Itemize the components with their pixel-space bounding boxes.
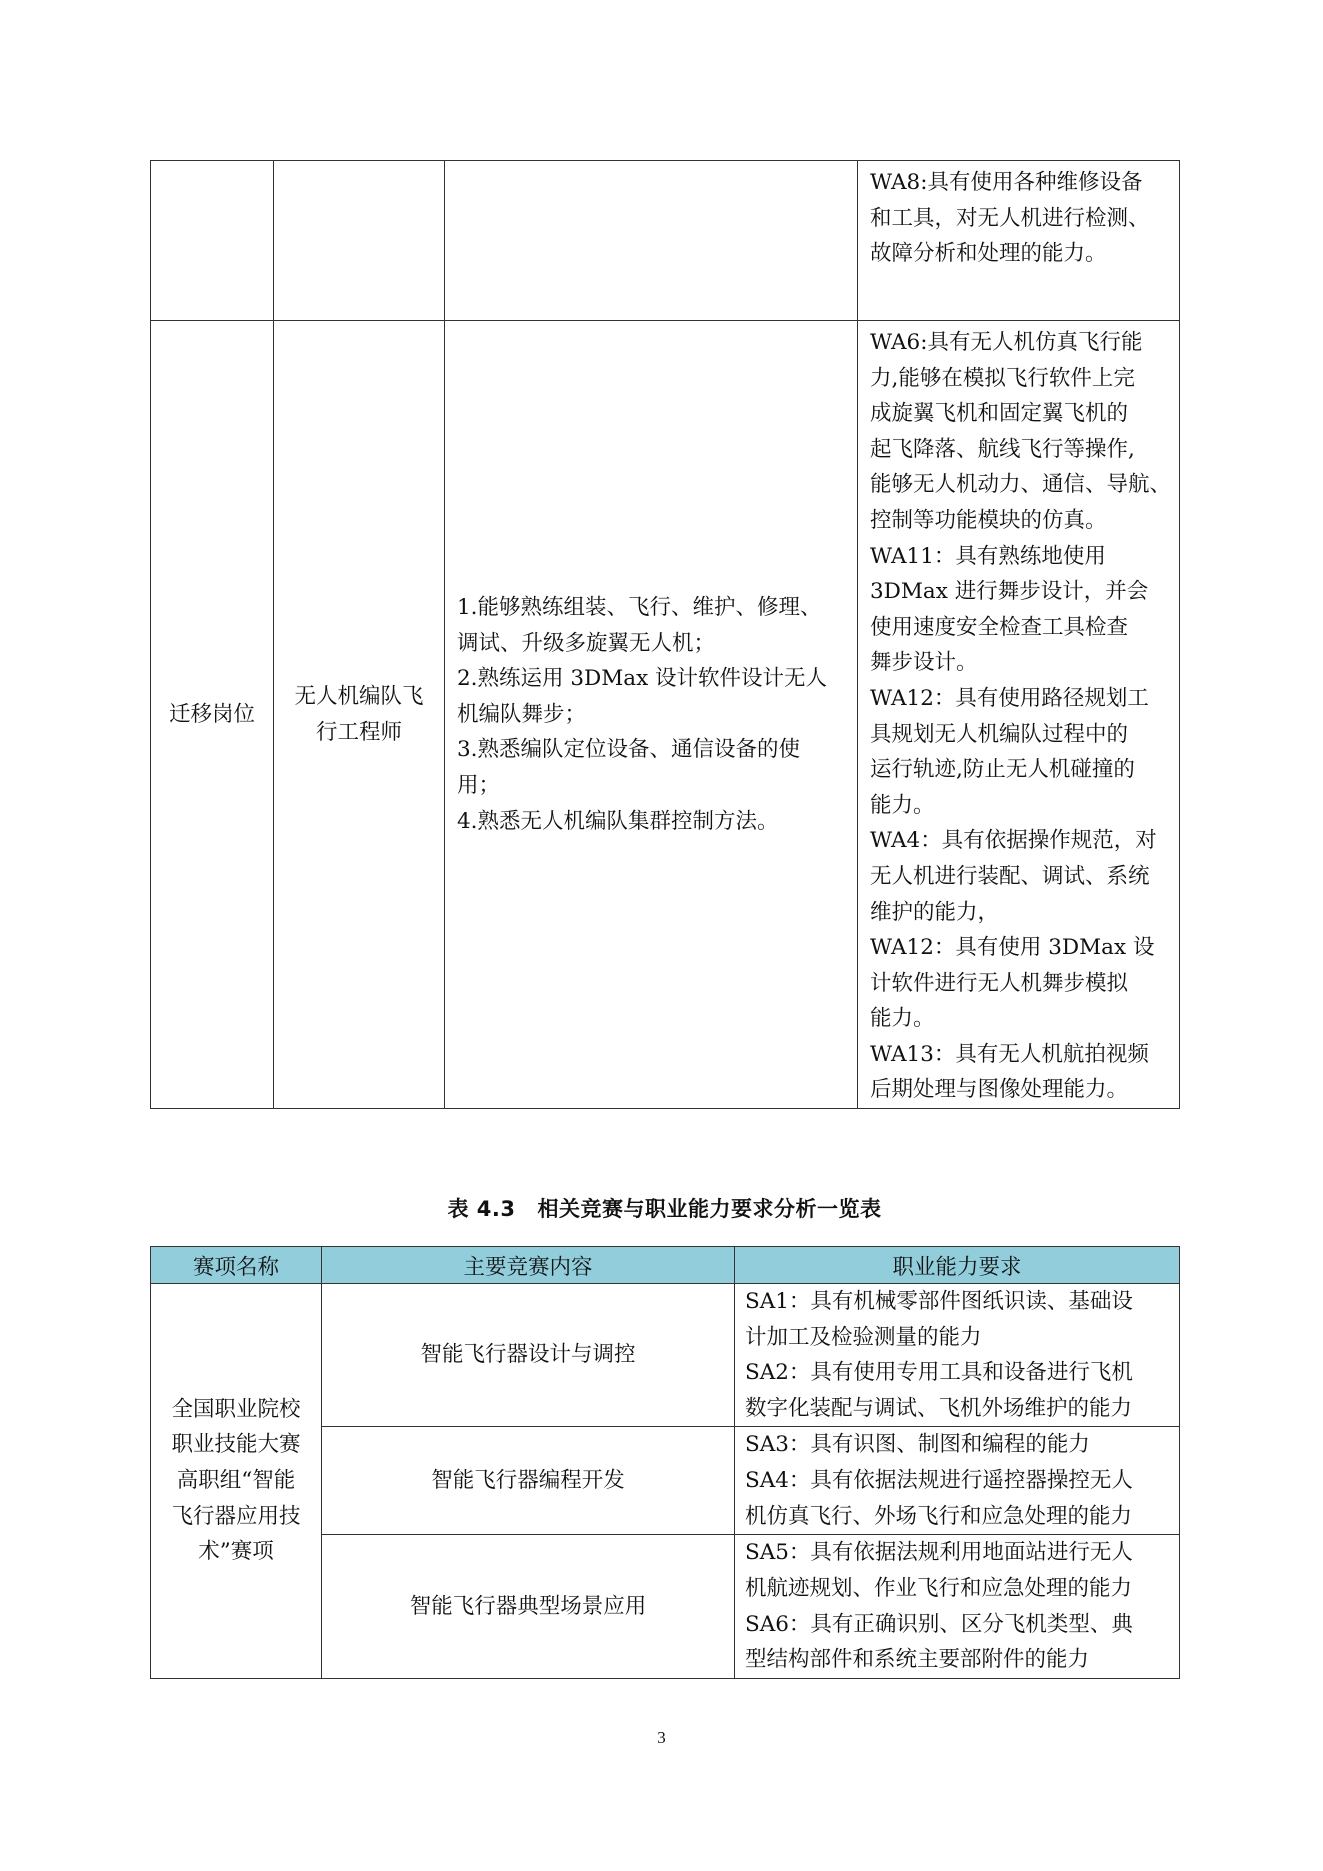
requirement-line: WA12：具有使用 3DMax 设 xyxy=(870,930,1169,966)
table-caption-title: 相关竞赛与职业能力要求分析一览表 xyxy=(538,1197,882,1221)
requirement-line: 成旋翼飞机和固定翼飞机的 xyxy=(870,396,1169,432)
requirements-cell: SA1：具有机械零部件图纸识读、基础设 计加工及检验测量的能力 SA2：具有使用… xyxy=(735,1284,1180,1427)
requirement-line: 能够无人机动力、通信、导航、 xyxy=(870,467,1169,503)
table-header-row: 赛项名称 主要竞赛内容 职业能力要求 xyxy=(151,1247,1180,1284)
requirement-line: WA6:具有无人机仿真飞行能 xyxy=(870,325,1169,361)
duty-line: 1.能够熟练组装、飞行、维护、修理、 xyxy=(457,590,847,626)
requirement-line: 舞步设计。 xyxy=(870,645,1169,681)
requirement-line: 机航迹规划、作业飞行和应急处理的能力 xyxy=(745,1571,1171,1607)
duties-cell xyxy=(445,161,858,321)
requirement-line: 计加工及检验测量的能力 xyxy=(745,1320,1171,1356)
event-name-cell: 全国职业院校 职业技能大赛 高职组“智能 飞行器应用技 术”赛项 xyxy=(151,1284,322,1679)
requirement-line: SA4：具有依据法规进行遥控器操控无人 xyxy=(745,1463,1171,1499)
category-cell: 迁移岗位 xyxy=(151,321,274,1109)
requirement-line: WA8:具有使用各种维修设备 xyxy=(870,165,1169,201)
duty-line: 2.熟练运用 3DMax 设计软件设计无人 xyxy=(457,661,847,697)
column-header-event-name: 赛项名称 xyxy=(151,1247,322,1284)
requirement-line: 使用速度安全检查工具检查 xyxy=(870,610,1169,646)
requirement-line: 故障分析和处理的能力。 xyxy=(870,236,1169,272)
content-cell: 智能飞行器设计与调控 xyxy=(322,1284,735,1427)
requirement-line: WA13：具有无人机航拍视频 xyxy=(870,1037,1169,1073)
requirement-line: 控制等功能模块的仿真。 xyxy=(870,503,1169,539)
table-caption: 表 4.3相关竞赛与职业能力要求分析一览表 xyxy=(150,1193,1179,1223)
requirement-line: 具规划无人机编队过程中的 xyxy=(870,717,1169,753)
column-header-requirements: 职业能力要求 xyxy=(735,1247,1180,1284)
requirement-line: 机仿真飞行、外场飞行和应急处理的能力 xyxy=(745,1499,1171,1535)
requirement-line: WA4：具有依据操作规范，对 xyxy=(870,823,1169,859)
requirement-line: SA6：具有正确识别、区分飞机类型、典 xyxy=(745,1607,1171,1643)
requirement-line: SA5：具有依据法规利用地面站进行无人 xyxy=(745,1535,1171,1571)
category-cell xyxy=(151,161,274,321)
requirement-line: WA12：具有使用路径规划工 xyxy=(870,681,1169,717)
requirement-line: 3DMax 进行舞步设计，并会 xyxy=(870,574,1169,610)
duty-line: 机编队舞步； xyxy=(457,697,847,733)
table-row: 全国职业院校 职业技能大赛 高职组“智能 飞行器应用技 术”赛项 智能飞行器设计… xyxy=(151,1284,1180,1427)
requirements-cell: WA6:具有无人机仿真飞行能 力,能够在模拟飞行软件上完 成旋翼飞机和固定翼飞机… xyxy=(858,321,1180,1109)
requirement-line: 能力。 xyxy=(870,788,1169,824)
requirements-cell: SA5：具有依据法规利用地面站进行无人 机航迹规划、作业飞行和应急处理的能力 S… xyxy=(735,1535,1180,1678)
table-row: 迁移岗位 无人机编队飞 行工程师 1.能够熟练组装、飞行、维护、修理、 调试、升… xyxy=(151,321,1180,1109)
event-name-line: 飞行器应用技 xyxy=(155,1499,317,1535)
requirement-line: 数字化装配与调试、飞机外场维护的能力 xyxy=(745,1391,1171,1427)
requirement-line: 起飞降落、航线飞行等操作, xyxy=(870,432,1169,468)
event-name-line: 高职组“智能 xyxy=(155,1463,317,1499)
job-ability-table-continued: WA8:具有使用各种维修设备 和工具，对无人机进行检测、 故障分析和处理的能力。… xyxy=(150,160,1180,1109)
requirement-line: 维护的能力， xyxy=(870,895,1169,931)
event-name-line: 全国职业院校 xyxy=(155,1392,317,1428)
requirement-line: 运行轨迹,防止无人机碰撞的 xyxy=(870,752,1169,788)
position-line: 行工程师 xyxy=(280,715,438,751)
content-cell: 智能飞行器编程开发 xyxy=(322,1427,735,1535)
column-header-content: 主要竞赛内容 xyxy=(322,1247,735,1284)
requirement-line: SA1：具有机械零部件图纸识读、基础设 xyxy=(745,1284,1171,1320)
table-caption-number: 表 4.3 xyxy=(447,1197,515,1221)
position-cell: 无人机编队飞 行工程师 xyxy=(274,321,445,1109)
requirement-line: 无人机进行装配、调试、系统 xyxy=(870,859,1169,895)
position-cell xyxy=(274,161,445,321)
requirements-cell: WA8:具有使用各种维修设备 和工具，对无人机进行检测、 故障分析和处理的能力。 xyxy=(858,161,1180,321)
duty-line: 3.熟悉编队定位设备、通信设备的使 xyxy=(457,732,847,768)
page-number: 3 xyxy=(0,1728,1323,1748)
event-name-line: 职业技能大赛 xyxy=(155,1427,317,1463)
requirement-line: SA3：具有识图、制图和编程的能力 xyxy=(745,1427,1171,1463)
requirement-line: WA11：具有熟练地使用 xyxy=(870,539,1169,575)
requirement-line: 型结构部件和系统主要部附件的能力 xyxy=(745,1642,1171,1678)
competition-ability-table: 赛项名称 主要竞赛内容 职业能力要求 全国职业院校 职业技能大赛 高职组“智能 … xyxy=(150,1246,1180,1679)
requirement-line: 能力。 xyxy=(870,1001,1169,1037)
content-cell: 智能飞行器典型场景应用 xyxy=(322,1535,735,1678)
requirement-line: 和工具，对无人机进行检测、 xyxy=(870,201,1169,237)
requirement-line: 力,能够在模拟飞行软件上完 xyxy=(870,361,1169,397)
duty-line: 调试、升级多旋翼无人机； xyxy=(457,626,847,662)
requirement-line: 计软件进行无人机舞步模拟 xyxy=(870,966,1169,1002)
document-page: WA8:具有使用各种维修设备 和工具，对无人机进行检测、 故障分析和处理的能力。… xyxy=(0,0,1323,1871)
table-row: WA8:具有使用各种维修设备 和工具，对无人机进行检测、 故障分析和处理的能力。 xyxy=(151,161,1180,321)
requirement-line: 后期处理与图像处理能力。 xyxy=(870,1072,1169,1108)
duty-line: 4.熟悉无人机编队集群控制方法。 xyxy=(457,804,847,840)
requirement-line: SA2：具有使用专用工具和设备进行飞机 xyxy=(745,1355,1171,1391)
duty-line: 用； xyxy=(457,768,847,804)
event-name-line: 术”赛项 xyxy=(155,1534,317,1570)
duties-cell: 1.能够熟练组装、飞行、维护、修理、 调试、升级多旋翼无人机； 2.熟练运用 3… xyxy=(445,321,858,1109)
requirements-cell: SA3：具有识图、制图和编程的能力 SA4：具有依据法规进行遥控器操控无人 机仿… xyxy=(735,1427,1180,1535)
position-line: 无人机编队飞 xyxy=(280,679,438,715)
